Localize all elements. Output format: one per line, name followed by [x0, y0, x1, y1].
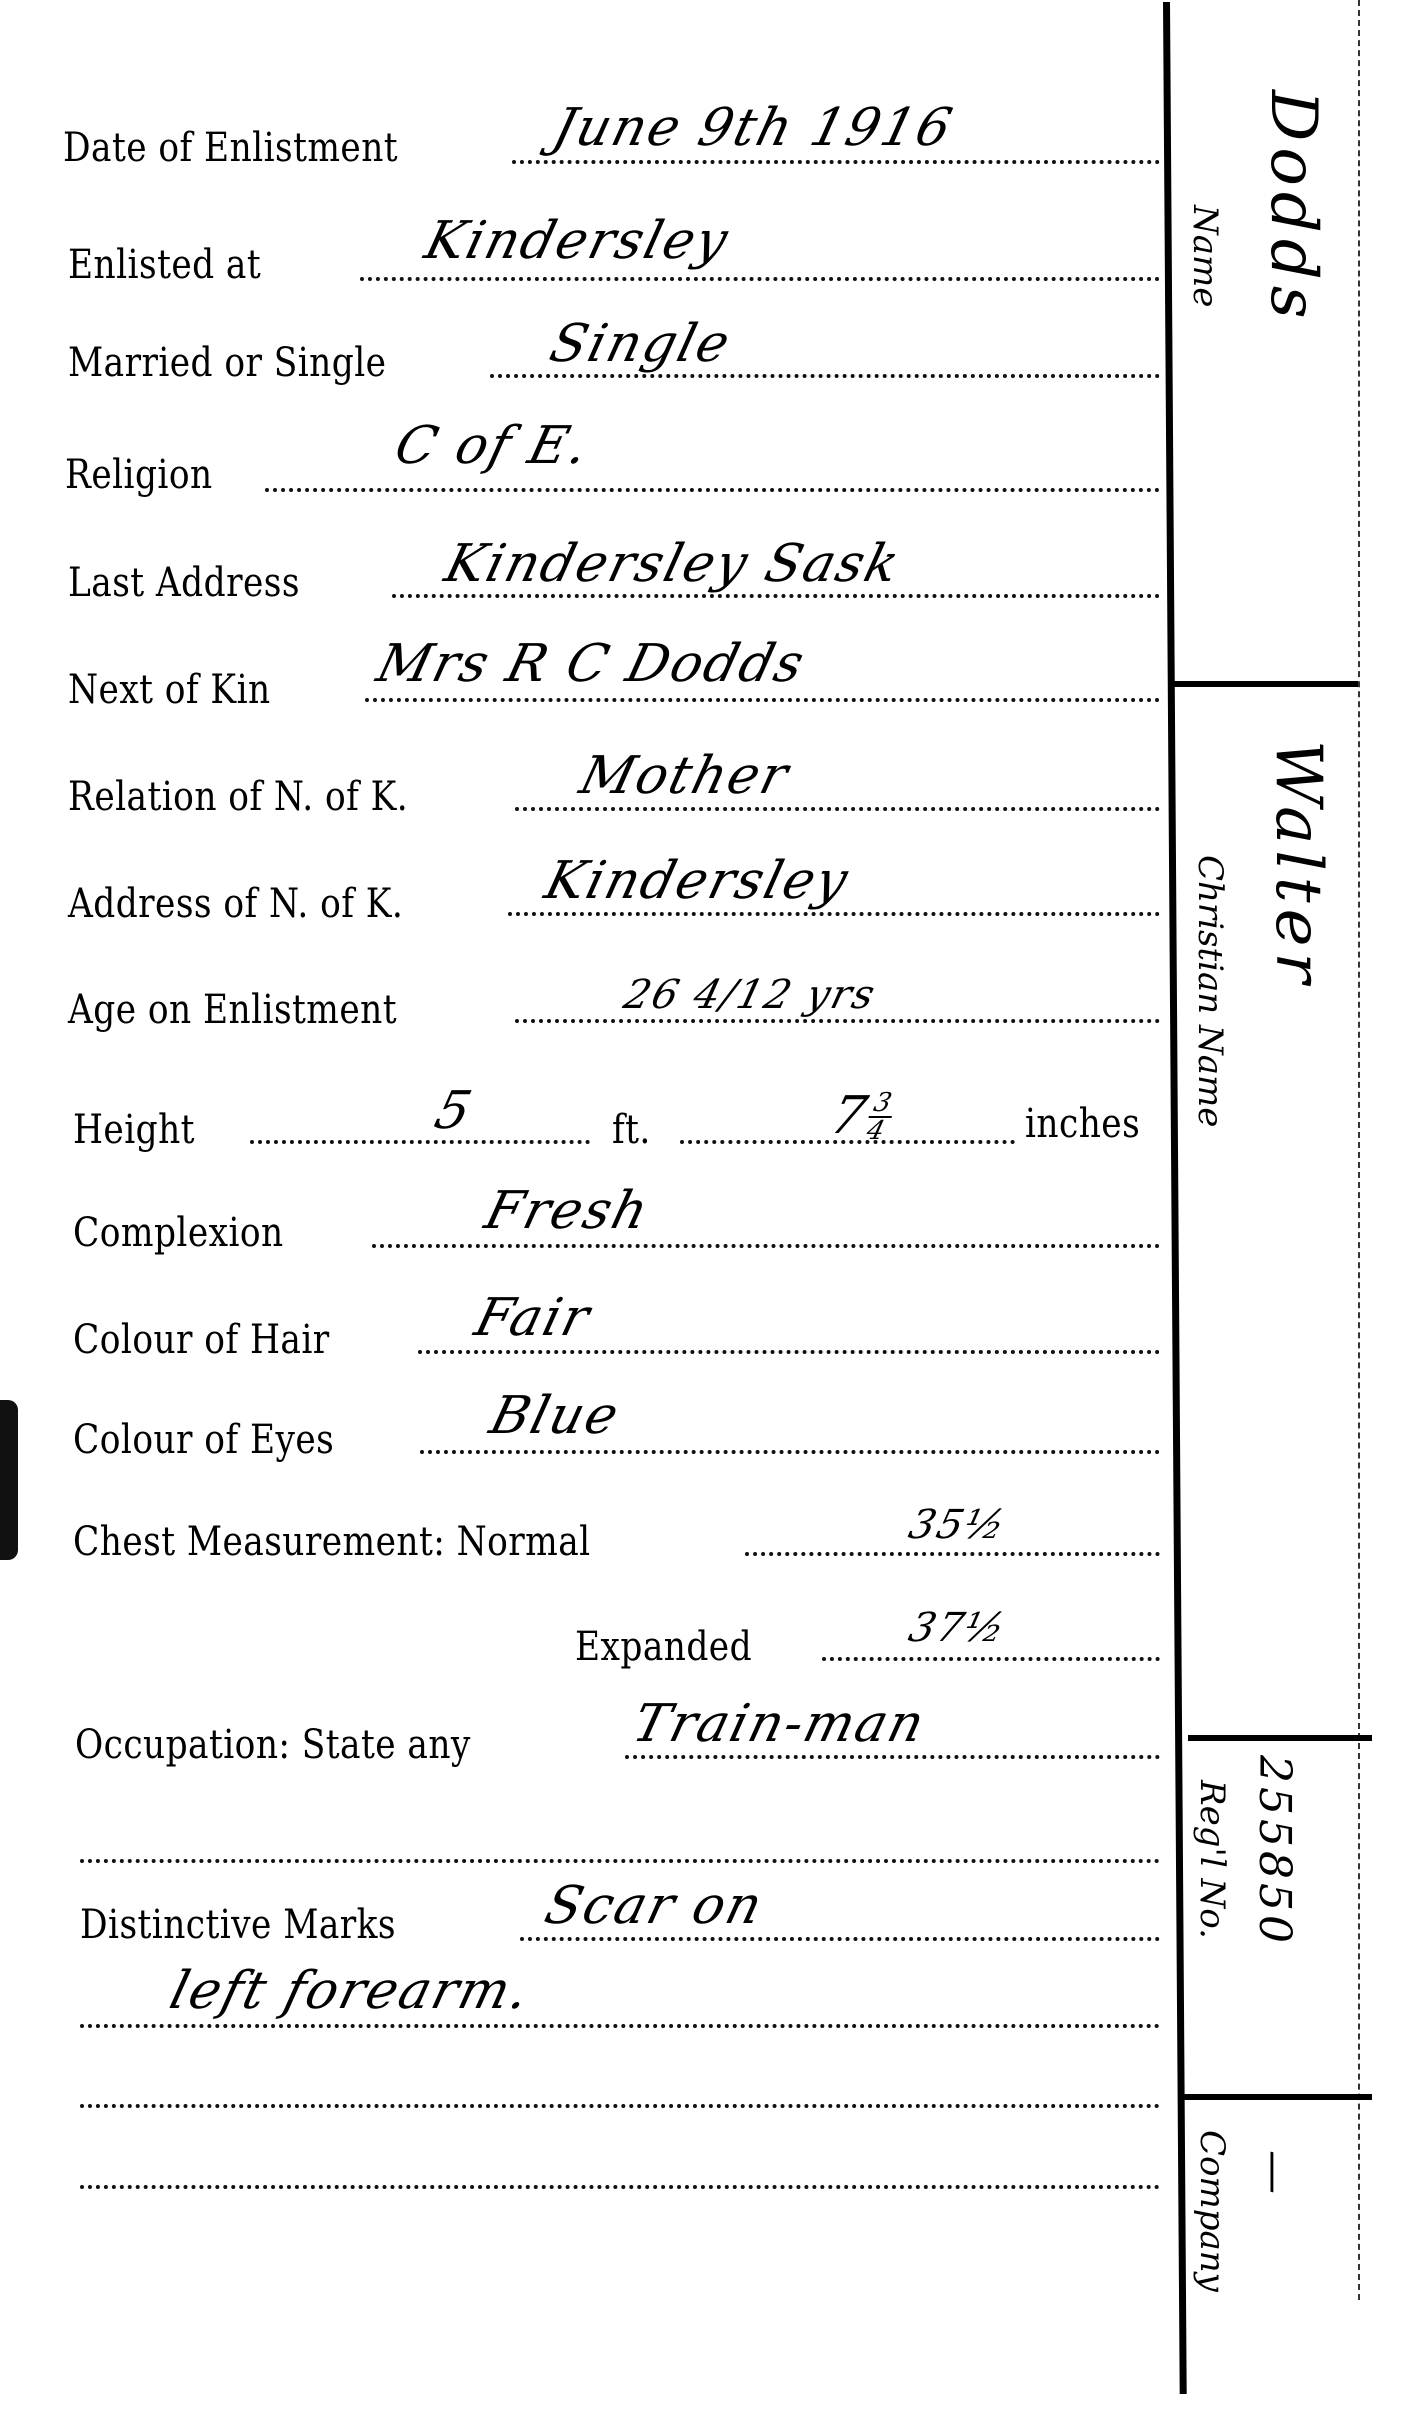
- dotted-line-feet: [250, 1140, 590, 1144]
- field-label: Last Address: [68, 563, 300, 603]
- field-value: Mrs R C Dodds: [372, 638, 811, 690]
- divider-regimental-no: [1184, 2094, 1372, 2100]
- dotted-line-blank: [80, 2185, 1160, 2189]
- height-inches-value: 734: [825, 1090, 898, 1144]
- side-value-christian-name: Walter: [1261, 740, 1335, 989]
- field-value: Blue: [485, 1390, 625, 1442]
- panel-border-left: [1163, 2, 1187, 2394]
- dotted-line: [625, 1755, 1160, 1759]
- field-label: Address of N. of K.: [68, 884, 403, 924]
- dotted-line: [392, 594, 1160, 598]
- dotted-line: [512, 160, 1160, 164]
- field-label: Enlisted at: [68, 245, 261, 285]
- field-label: Religion: [65, 455, 213, 495]
- feet-unit-label: ft.: [612, 1110, 651, 1150]
- dotted-line: [508, 912, 1160, 916]
- dotted-line-2: [80, 2024, 1160, 2028]
- dotted-line: [822, 1657, 1160, 1661]
- dotted-line: [365, 698, 1160, 702]
- dotted-line: [372, 1244, 1160, 1248]
- divider-christian-name: [1188, 1735, 1372, 1741]
- field-label: Expanded: [575, 1627, 752, 1667]
- field-value: 37½: [905, 1608, 1011, 1648]
- dotted-line-blank: [80, 2104, 1160, 2108]
- field-label: Next of Kin: [68, 670, 271, 710]
- field-value: Single: [545, 318, 736, 370]
- field-value: C of E.: [390, 420, 595, 472]
- dotted-line: [265, 488, 1160, 492]
- field-label: Complexion: [73, 1213, 284, 1253]
- field-value: Kindersley Sask: [440, 538, 906, 590]
- field-label: Height: [73, 1110, 195, 1150]
- field-value: Mother: [575, 750, 795, 802]
- side-label-regimental-no: Reg'l No.: [1192, 1780, 1232, 1939]
- side-value-company: —: [1249, 2150, 1300, 2198]
- field-value: 26 4/12 yrs: [620, 975, 880, 1015]
- field-value: 35½: [905, 1505, 1011, 1545]
- dotted-line: [515, 1019, 1160, 1023]
- side-label-christian-name: Christian Name: [1190, 855, 1230, 1127]
- fraction-numerator: 3: [869, 1090, 899, 1118]
- field-value: Kindersley: [540, 855, 854, 907]
- field-value: Kindersley: [420, 215, 734, 267]
- dotted-line: [520, 1937, 1160, 1941]
- field-label: Colour of Hair: [73, 1320, 330, 1360]
- dotted-line: [515, 807, 1160, 811]
- field-label: Distinctive Marks: [80, 1905, 396, 1945]
- dotted-line: [418, 1350, 1160, 1354]
- field-value: Scar on: [540, 1880, 769, 1932]
- side-label-company: Company: [1192, 2130, 1232, 2292]
- field-value: June 9th 1916: [548, 102, 958, 154]
- dotted-line: [490, 374, 1160, 378]
- field-label: Age on Enlistment: [68, 990, 397, 1030]
- field-value-line2: left forearm.: [165, 1965, 536, 2017]
- dotted-line: [360, 277, 1160, 281]
- dotted-line: [420, 1450, 1160, 1454]
- inches-unit-label: inches: [1025, 1104, 1140, 1144]
- attestation-card: Date of Enlistment June 9th 1916 Enliste…: [0, 0, 1404, 2436]
- field-value: Fresh: [480, 1185, 655, 1237]
- ink-smudge: [0, 1400, 18, 1560]
- side-label-name: Name: [1185, 205, 1225, 307]
- side-value-surname: Dodds: [1256, 90, 1330, 325]
- field-label: Married or Single: [68, 343, 386, 383]
- field-value: Train-man: [628, 1698, 931, 1750]
- field-value: Fair: [470, 1292, 596, 1344]
- field-label: Relation of N. of K.: [68, 777, 408, 817]
- field-label: Date of Enlistment: [63, 128, 398, 168]
- dotted-line: [745, 1552, 1160, 1556]
- field-label: Occupation: State any: [75, 1725, 471, 1765]
- height-feet-value: 5: [430, 1085, 478, 1137]
- divider-name: [1168, 681, 1358, 687]
- side-value-regimental-no: 255850: [1249, 1755, 1300, 1947]
- dotted-line-occupation-continued: [80, 1859, 1160, 1863]
- field-label: Colour of Eyes: [73, 1420, 334, 1460]
- field-label: Chest Measurement: Normal: [73, 1522, 591, 1562]
- panel-border-right: [1358, 0, 1360, 2300]
